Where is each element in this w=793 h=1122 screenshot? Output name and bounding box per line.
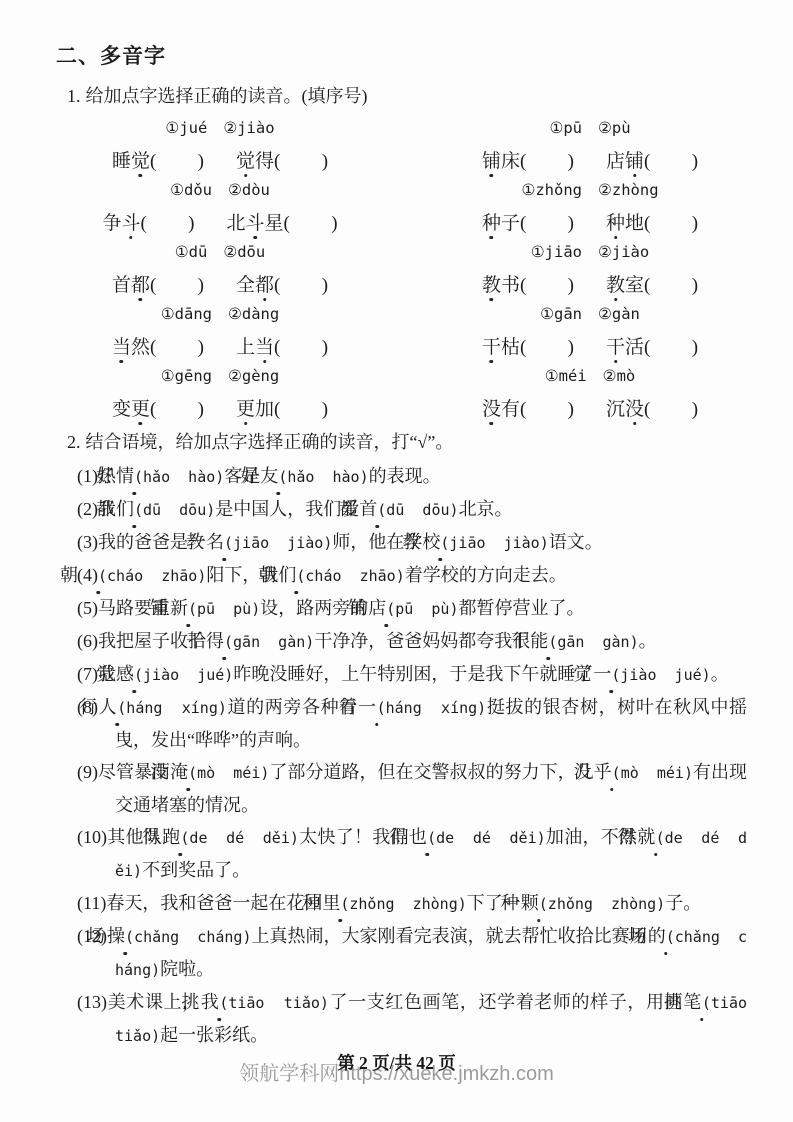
pinyin-choices: (jiāo jiào) — [224, 534, 332, 552]
pinyin-option: ①gēng — [161, 367, 212, 385]
word-with-blank: 上当() — [236, 335, 328, 360]
pinyin-option: ①jiāo — [531, 243, 582, 261]
polyphonic-group-right: ①pū②pù铺床()店铺() — [440, 112, 740, 174]
dotted-char: 种 — [482, 211, 501, 236]
sentence-item: (12)操场(chǎng cháng)上真热闹，大家刚看完表演，就去帮忙收拾比赛… — [77, 920, 747, 986]
polyphonic-group-left: ①gēng②gèng变更()更加() — [0, 360, 440, 422]
paren-open: ( — [520, 273, 526, 298]
sentence-list: (1)热情好(hǎo hào)客是友好(hǎo hào)的表现。(2)我们都(d… — [77, 460, 747, 1052]
pinyin-options: ①jiāo②jiào — [440, 236, 740, 267]
answer-blank: () — [150, 397, 204, 422]
paren-open: ( — [150, 273, 156, 298]
answer-blank: () — [520, 335, 574, 360]
answer-blank: () — [520, 397, 574, 422]
word-char: 争 — [102, 211, 121, 236]
pinyin-choices: (zhǒng zhòng) — [340, 895, 466, 913]
pinyin-option: ①dū — [175, 243, 208, 261]
pinyin-options: ①dāng②dàng — [0, 298, 440, 329]
sentence-item: (11)春天，我和爸爸一起在花园里种(zhǒng zhòng)下了一颗种(zhǒ… — [77, 887, 747, 920]
sentence-item: (8)人行(háng xíng)道的两旁各种着一行(háng xíng)挺拔的银… — [77, 691, 747, 756]
word-with-blank: 当然() — [112, 335, 204, 360]
exercise-2-title: 2.结合语境，给加点字选择正确的读音，打“√”。 — [67, 428, 453, 456]
dotted-char: 斗 — [246, 211, 265, 236]
pinyin-option: ②zhòng — [598, 181, 659, 199]
sentence-item: (10)其他队跑得(de dé děi)太快了！我们也得(de dé děi)加… — [77, 821, 747, 887]
word-char: 首 — [112, 273, 131, 298]
answer-blank: () — [284, 211, 338, 236]
dotted-char: 铺 — [625, 149, 644, 174]
sentence-number: (6) — [77, 631, 98, 651]
word-with-blank: 种地() — [606, 211, 698, 236]
word-line: 当然()上当() — [0, 329, 440, 360]
sentence-number: (1) — [77, 466, 98, 486]
word-char: 床 — [501, 149, 520, 174]
paren-close: ) — [322, 335, 328, 360]
word-char: 活 — [625, 335, 644, 360]
answer-blank: () — [520, 273, 574, 298]
pinyin-choices: (háng xíng) — [117, 699, 227, 717]
word-char: 北 — [226, 211, 245, 236]
pinyin-choices: (jiào jué) — [134, 666, 233, 684]
pinyin-option: ①dǒu — [170, 181, 212, 199]
dotted-char: 干 — [606, 335, 625, 360]
pinyin-options: ①méi②mò — [440, 360, 740, 391]
dotted-char: 教 — [606, 273, 625, 298]
paren-close: ) — [568, 397, 574, 422]
sentence-text: 院啦。 — [160, 959, 214, 979]
worksheet-page: 二、多音字 1.给加点字选择正确的读音。(填序号) ①jué②jiào睡觉()觉… — [0, 0, 793, 1122]
dotted-char: 当 — [112, 335, 131, 360]
pinyin-choices: (hǎo hào) — [134, 468, 224, 486]
word-with-blank: 变更() — [112, 397, 204, 422]
paren-open: ( — [274, 149, 280, 174]
paren-open: ( — [274, 397, 280, 422]
sentence-number: (10) — [77, 827, 107, 847]
pinyin-option: ②jiào — [223, 119, 274, 137]
word-char: 得 — [255, 149, 274, 174]
answer-blank: () — [644, 273, 698, 298]
sentence-number: (7) — [77, 664, 98, 684]
sentence-text: 都暂停营业了。 — [459, 598, 585, 618]
paren-close: ) — [692, 335, 698, 360]
word-char: 加 — [255, 397, 274, 422]
pinyin-options: ①pū②pù — [440, 112, 740, 143]
sentence-text: 着学校的方向走去。 — [405, 565, 567, 585]
sentence-item: (2)我们都(dū dōu)是中国人，我们爱首都(dū dōu)北京。 — [77, 493, 747, 526]
pinyin-options: ①dǒu②dòu — [0, 174, 440, 205]
paren-close: ) — [198, 397, 204, 422]
sentence-text: 设，路两旁的店 — [260, 598, 386, 618]
pinyin-choices: (mò méi) — [612, 764, 693, 782]
word-with-blank: 更加() — [236, 397, 328, 422]
paren-open: ( — [140, 211, 146, 236]
sentence-text: 北京。 — [459, 499, 513, 519]
sentence-number: (9) — [77, 762, 98, 782]
pinyin-choices: (gān gàn) — [224, 633, 314, 651]
word-with-blank: 睡觉() — [112, 149, 204, 174]
paren-close: ) — [322, 149, 328, 174]
sentence-text: 昨晚没睡好，上午特别困，于是我下午就睡了一 — [233, 664, 611, 684]
word-line: 争斗()北斗星() — [0, 205, 440, 236]
sentence-item: (3)我的爸爸是一名教(jiāo jiào)师，他在学校教(jiāo jiào)… — [77, 526, 747, 559]
exercise-2-number: 2. — [67, 432, 81, 452]
sentence-text: 阳下，我们 — [206, 565, 296, 585]
answer-blank: () — [150, 273, 204, 298]
exercise-2-text: 结合语境，给加点字选择正确的读音，打“√”。 — [86, 432, 454, 452]
answer-blank: () — [150, 149, 204, 174]
sentence-text: 操 — [107, 926, 125, 946]
polyphonic-group-left: ①dū②dōu首都()全都() — [0, 236, 440, 298]
polyphonic-row: ①dǒu②dòu争斗()北斗星()①zhǒng②zhòng种子()种地() — [0, 174, 793, 236]
pinyin-choices: (jiāo jiào) — [440, 534, 548, 552]
sentence-text: 我把屋子收拾得 — [98, 631, 224, 651]
pinyin-options: ①gēng②gèng — [0, 360, 440, 391]
dotted-char: 斗 — [121, 211, 140, 236]
pinyin-option: ②dōu — [223, 243, 265, 261]
paren-open: ( — [644, 335, 650, 360]
pinyin-options: ①jué②jiào — [0, 112, 440, 143]
pinyin-option: ①méi — [545, 367, 587, 385]
word-with-blank: 觉得() — [236, 149, 328, 174]
dotted-char: 都 — [255, 273, 274, 298]
polyphonic-row: ①gēng②gèng变更()更加()①méi②mò没有()沉没() — [0, 360, 793, 422]
paren-close: ) — [188, 211, 194, 236]
dotted-char: 教 — [482, 273, 501, 298]
answer-blank: () — [644, 397, 698, 422]
polyphonic-group-left: ①dāng②dàng当然()上当() — [0, 298, 440, 360]
polyphonic-row: ①dāng②dàng当然()上当()①gān②gàn干枯()干活() — [0, 298, 793, 360]
paren-close: ) — [568, 273, 574, 298]
word-with-blank: 北斗星() — [226, 211, 337, 236]
word-char: 星 — [265, 211, 284, 236]
pinyin-choices: (háng xíng) — [377, 699, 487, 717]
word-with-blank: 争斗() — [102, 211, 194, 236]
sentence-text: 语文。 — [549, 532, 603, 552]
paren-close: ) — [198, 149, 204, 174]
paren-open: ( — [274, 335, 280, 360]
sentence-text: 师，他在学校 — [332, 532, 440, 552]
pinyin-options: ①dū②dōu — [0, 236, 440, 267]
word-char: 子 — [501, 211, 520, 236]
sentence-text: 了一支红色画笔，还学着老师的样子，用画笔 — [329, 992, 702, 1012]
word-char: 书 — [501, 273, 520, 298]
sentence-item: (7)我感觉(jiào jué)昨晚没睡好，上午特别困，于是我下午就睡了一觉(j… — [77, 658, 747, 691]
answer-blank: () — [644, 149, 698, 174]
answer-blank: () — [140, 211, 194, 236]
sentence-text: 马路要重新 — [98, 598, 188, 618]
pinyin-option: ①gān — [540, 305, 582, 323]
paren-close: ) — [198, 335, 204, 360]
sentence-text: 人 — [98, 697, 117, 717]
sentence-number: (5) — [77, 598, 98, 618]
dotted-char: 没 — [625, 397, 644, 422]
pinyin-option: ②dòu — [228, 181, 270, 199]
word-line: 睡觉()觉得() — [0, 143, 440, 174]
pinyin-option: ①dāng — [161, 305, 212, 323]
word-with-blank: 首都() — [112, 273, 204, 298]
polyphonic-group-right: ①gān②gàn干枯()干活() — [440, 298, 740, 360]
paren-close: ) — [692, 273, 698, 298]
pinyin-choices: (mò méi) — [188, 764, 269, 782]
word-char: 地 — [625, 211, 644, 236]
word-line: 干枯()干活() — [440, 329, 740, 360]
pinyin-choices: (zhǒng zhòng) — [539, 895, 665, 913]
pinyin-choices: (dū dōu) — [134, 501, 215, 519]
pinyin-option: ①zhǒng — [521, 181, 582, 199]
paren-open: ( — [274, 273, 280, 298]
dotted-char: 当 — [255, 335, 274, 360]
sentence-text: 加油，不然就 — [546, 827, 656, 847]
pinyin-choices: (gān gàn) — [548, 633, 638, 651]
sentence-item: (13)美术课上，我挑(tiāo tiǎo)了一支红色画笔，还学着老师的样子，用… — [77, 986, 747, 1052]
sentence-item: (5)马路要重新铺(pū pù)设，路两旁的店铺(pū pù)都暂停营业了。 — [77, 592, 747, 625]
word-char: 睡 — [112, 149, 131, 174]
word-with-blank: 教室() — [606, 273, 698, 298]
pinyin-option: ①jué — [165, 119, 207, 137]
pinyin-choices: (hǎo hào) — [278, 468, 368, 486]
word-with-blank: 干活() — [606, 335, 698, 360]
paren-open: ( — [644, 211, 650, 236]
word-char: 枯 — [501, 335, 520, 360]
pinyin-choices: (dū dōu) — [377, 501, 458, 519]
sentence-text: 。 — [639, 631, 657, 651]
word-char: 室 — [625, 273, 644, 298]
word-char: 然 — [131, 335, 150, 360]
sentence-item: (9)尽管暴雨淹没(mò méi)了部分道路，但在交警叔叔的努力下，几乎没(mò… — [77, 756, 747, 821]
paren-close: ) — [692, 211, 698, 236]
sentence-text: 我的爸爸是一名 — [98, 532, 224, 552]
pinyin-choices: (pū pù) — [188, 600, 260, 618]
word-char: 沉 — [606, 397, 625, 422]
answer-blank: () — [274, 335, 328, 360]
dotted-char: 都 — [131, 273, 150, 298]
pinyin-choices: (de dé děi) — [427, 829, 546, 847]
paren-open: ( — [644, 397, 650, 422]
paren-open: ( — [644, 273, 650, 298]
paren-open: ( — [150, 335, 156, 360]
word-with-blank: 店铺() — [606, 149, 698, 174]
polyphonic-group-left: ①dǒu②dòu争斗()北斗星() — [0, 174, 440, 236]
word-line: 没有()沉没() — [440, 391, 740, 422]
pinyin-option: ②gàn — [598, 305, 640, 323]
word-line: 变更()更加() — [0, 391, 440, 422]
sentence-number: (11) — [77, 893, 106, 913]
dotted-char: 种 — [606, 211, 625, 236]
sentence-number: (4) — [77, 565, 98, 585]
dotted-char: 更 — [131, 397, 150, 422]
dotted-char: 没 — [482, 397, 501, 422]
word-with-blank: 沉没() — [606, 397, 698, 422]
pinyin-option: ①pū — [549, 119, 582, 137]
paren-open: ( — [150, 149, 156, 174]
answer-blank: () — [150, 335, 204, 360]
paren-open: ( — [520, 149, 526, 174]
word-char: 有 — [501, 397, 520, 422]
polyphonic-group-left: ①jué②jiào睡觉()觉得() — [0, 112, 440, 174]
paren-open: ( — [520, 335, 526, 360]
pinyin-choices: (pū pù) — [386, 600, 458, 618]
pinyin-option: ②dàng — [228, 305, 279, 323]
word-line: 教书()教室() — [440, 267, 740, 298]
paren-close: ) — [322, 273, 328, 298]
pinyin-option: ②pù — [598, 119, 631, 137]
pinyin-choices: (cháo zhāo) — [296, 567, 404, 585]
pinyin-choices: (chǎng cháng) — [125, 928, 251, 946]
word-line: 种子()种地() — [440, 205, 740, 236]
word-line: 首都()全都() — [0, 267, 440, 298]
pinyin-choices: (jiào jué) — [611, 666, 710, 684]
sentence-text: 。 — [711, 664, 729, 684]
sentence-number: (2) — [77, 499, 98, 519]
sentence-text: 子。 — [665, 893, 701, 913]
sentence-text: 上真热闹，大家刚看完表演，就去帮忙收拾比赛用的 — [251, 926, 665, 946]
paren-close: ) — [331, 211, 337, 236]
word-line: 铺床()店铺() — [440, 143, 740, 174]
section-heading: 二、多音字 — [56, 40, 166, 70]
pinyin-option: ②jiào — [598, 243, 649, 261]
answer-blank: () — [644, 335, 698, 360]
pinyin-options: ①zhǒng②zhòng — [440, 174, 740, 205]
exercise-1-number: 1. — [67, 86, 81, 106]
polyphonic-group-right: ①méi②mò没有()沉没() — [440, 360, 740, 422]
exercise-1-title: 1.给加点字选择正确的读音。(填序号) — [67, 82, 368, 110]
sentence-number: (13) — [77, 992, 107, 1012]
sentence-text: 尽管暴雨淹 — [98, 762, 188, 782]
pinyin-choices: (tiāo tiǎo) — [219, 994, 329, 1012]
dotted-char: 觉 — [131, 149, 150, 174]
pinyin-choices: (de dé děi) — [180, 829, 299, 847]
dotted-char: 觉 — [236, 149, 255, 174]
paren-open: ( — [520, 211, 526, 236]
answer-blank: () — [520, 211, 574, 236]
sentence-text: 美术课上，我 — [107, 992, 219, 1012]
pinyin-options: ①gān②gàn — [440, 298, 740, 329]
polyphonic-row: ①dū②dōu首都()全都()①jiāo②jiào教书()教室() — [0, 236, 793, 298]
sentence-text: 太快了！我们也 — [299, 827, 427, 847]
exercise-1-text: 给加点字选择正确的读音。(填序号) — [86, 86, 368, 106]
sentence-item: (1)热情好(hǎo hào)客是友好(hǎo hào)的表现。 — [77, 460, 747, 493]
word-char: 全 — [236, 273, 255, 298]
sentence-text: 不到奖品了。 — [142, 860, 250, 880]
word-with-blank: 没有() — [482, 397, 574, 422]
answer-blank: () — [644, 211, 698, 236]
word-with-blank: 种子() — [482, 211, 574, 236]
sentence-item: (4)朝(cháo zhāo)阳下，我们朝(cháo zhāo)着学校的方向走去… — [77, 559, 747, 592]
pinyin-option: ②gèng — [228, 367, 279, 385]
page-indicator: 第 2 页/共 42 页 — [0, 1050, 793, 1075]
dotted-char: 铺 — [482, 149, 501, 174]
word-char: 店 — [606, 149, 625, 174]
paren-open: ( — [520, 397, 526, 422]
pinyin-choices: (cháo zhāo) — [98, 567, 206, 585]
dotted-char: 干 — [482, 335, 501, 360]
polyphonic-row: ①jué②jiào睡觉()觉得()①pū②pù铺床()店铺() — [0, 112, 793, 174]
paren-open: ( — [150, 397, 156, 422]
polyphonic-grid: ①jué②jiào睡觉()觉得()①pū②pù铺床()店铺()①dǒu②dòu争… — [0, 112, 793, 422]
word-with-blank: 教书() — [482, 273, 574, 298]
paren-open: ( — [284, 211, 290, 236]
answer-blank: () — [274, 397, 328, 422]
paren-close: ) — [692, 397, 698, 422]
word-with-blank: 干枯() — [482, 335, 574, 360]
answer-blank: () — [520, 149, 574, 174]
sentence-number: (3) — [77, 532, 98, 552]
answer-blank: () — [274, 273, 328, 298]
sentence-text: 了部分道路，但在交警叔叔的努力下，几乎 — [269, 762, 611, 782]
word-with-blank: 全都() — [236, 273, 328, 298]
paren-close: ) — [322, 397, 328, 422]
paren-close: ) — [198, 273, 204, 298]
sentence-item: (6)我把屋子收拾得干(gān gàn)干净净，爸爸妈妈都夸我很能干(gān g… — [77, 625, 747, 658]
paren-close: ) — [568, 149, 574, 174]
sentence-text: 起一张彩纸。 — [160, 1025, 268, 1045]
polyphonic-group-right: ①jiāo②jiào教书()教室() — [440, 236, 740, 298]
paren-close: ) — [568, 211, 574, 236]
pinyin-option: ②mò — [603, 367, 636, 385]
word-char: 上 — [236, 335, 255, 360]
paren-open: ( — [644, 149, 650, 174]
paren-close: ) — [692, 149, 698, 174]
word-with-blank: 铺床() — [482, 149, 574, 174]
polyphonic-group-right: ①zhǒng②zhòng种子()种地() — [440, 174, 740, 236]
sentence-text: 的表现。 — [369, 466, 441, 486]
paren-close: ) — [568, 335, 574, 360]
answer-blank: () — [274, 149, 328, 174]
word-char: 变 — [112, 397, 131, 422]
dotted-char: 更 — [236, 397, 255, 422]
